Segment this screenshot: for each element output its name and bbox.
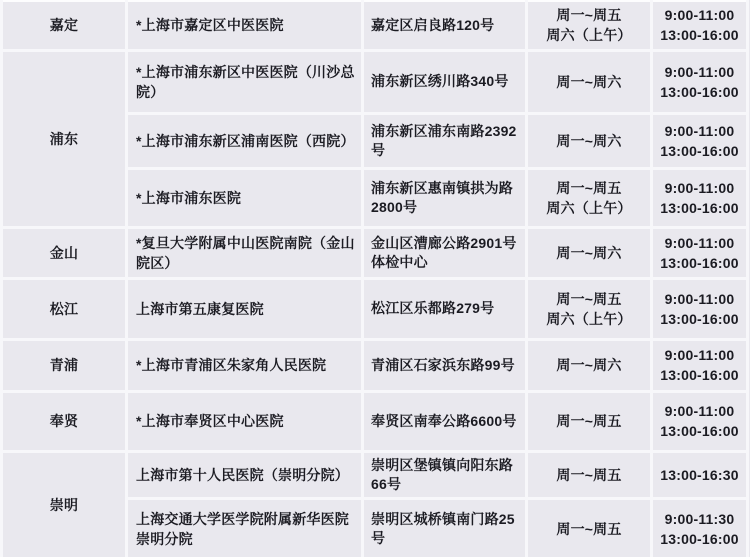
table-row: 青浦 *上海市青浦区朱家角人民医院 青浦区石家浜东路99号 周一~周六 9:00… (2, 339, 748, 391)
days-line: 周一~周六 (529, 243, 649, 263)
district-cell: 崇明 (2, 451, 127, 557)
hours-line: 13:00-16:00 (654, 529, 745, 549)
days: 周一~周六 (527, 227, 652, 278)
hours-line: 9:00-11:00 (654, 401, 745, 421)
days-line: 周一~周五 (529, 178, 649, 198)
days-line: 周六（上午） (529, 25, 649, 45)
address: 浦东新区惠南镇拱为路2800号 (363, 168, 527, 227)
district-cell: 金山 (2, 227, 127, 278)
hours-line: 13:00-16:00 (654, 309, 745, 329)
days: 周一~周五 周六（上午） (527, 1, 652, 50)
hours-line: 13:00-16:00 (654, 198, 745, 218)
hospital-name: 上海市第十人民医院（崇明分院） (127, 451, 363, 498)
hours-line: 13:00-16:00 (654, 253, 745, 273)
hours: 9:00-11:00 13:00-16:00 (652, 113, 748, 168)
days-line: 周一~周五 (529, 465, 649, 485)
hospital-schedule-page: 嘉定 *上海市嘉定区中医医院 嘉定区启良路120号 周一~周五 周六（上午） 9… (0, 0, 750, 557)
days: 周一~周六 (527, 339, 652, 391)
hours: 9:00-11:00 13:00-16:00 (652, 50, 748, 113)
hours: 9:00-11:00 13:00-16:00 (652, 227, 748, 278)
hours-line: 9:00-11:00 (654, 289, 745, 309)
hours: 9:00-11:00 13:00-16:00 (652, 168, 748, 227)
days: 周一~周五 (527, 451, 652, 498)
address: 奉贤区南奉公路6600号 (363, 391, 527, 451)
hours-line: 13:00-16:00 (654, 25, 745, 45)
table-row: 浦东 *上海市浦东新区中医医院（川沙总院） 浦东新区绣川路340号 周一~周六 … (2, 50, 748, 113)
table-row: 松江 上海市第五康复医院 松江区乐都路279号 周一~周五 周六（上午） 9:0… (2, 278, 748, 339)
hours-line: 13:00-16:00 (654, 82, 745, 102)
address: 浦东新区绣川路340号 (363, 50, 527, 113)
days-line: 周一~周六 (529, 131, 649, 151)
days: 周一~周六 (527, 50, 652, 113)
days: 周一~周五 (527, 391, 652, 451)
days-line: 周一~周五 (529, 411, 649, 431)
hours-line: 9:00-11:00 (654, 178, 745, 198)
address: 嘉定区启良路120号 (363, 1, 527, 50)
hours: 9:00-11:00 13:00-16:00 (652, 1, 748, 50)
hospital-name: *复旦大学附属中山医院南院（金山院区） (127, 227, 363, 278)
hours: 13:00-16:30 (652, 451, 748, 498)
days-line: 周一~周五 (529, 5, 649, 25)
address: 崇明区堡镇镇向阳东路66号 (363, 451, 527, 498)
hours: 9:00-11:00 13:00-16:00 (652, 391, 748, 451)
hours-line: 13:00-16:30 (654, 465, 745, 485)
hospital-name: *上海市浦东医院 (127, 168, 363, 227)
hours: 9:00-11:30 13:00-16:00 (652, 498, 748, 557)
table-row: 奉贤 *上海市奉贤区中心医院 奉贤区南奉公路6600号 周一~周五 9:00-1… (2, 391, 748, 451)
district-cell: 浦东 (2, 50, 127, 227)
days-line: 周六（上午） (529, 309, 649, 329)
address: 青浦区石家浜东路99号 (363, 339, 527, 391)
hours-line: 9:00-11:00 (654, 5, 745, 25)
hours-line: 13:00-16:00 (654, 365, 745, 385)
hospital-name: *上海市浦东新区中医医院（川沙总院） (127, 50, 363, 113)
hours: 9:00-11:00 13:00-16:00 (652, 339, 748, 391)
hours-line: 9:00-11:30 (654, 509, 745, 529)
hospital-name: 上海交通大学医学院附属新华医院崇明分院 (127, 498, 363, 557)
district-cell: 松江 (2, 278, 127, 339)
hours-line: 13:00-16:00 (654, 141, 745, 161)
hours-line: 9:00-11:00 (654, 233, 745, 253)
hours-line: 9:00-11:00 (654, 345, 745, 365)
days: 周一~周五 周六（上午） (527, 168, 652, 227)
days: 周一~周六 (527, 113, 652, 168)
days-line: 周一~周六 (529, 355, 649, 375)
hours-line: 9:00-11:00 (654, 121, 745, 141)
hospital-name: *上海市青浦区朱家角人民医院 (127, 339, 363, 391)
hospital-name: *上海市奉贤区中心医院 (127, 391, 363, 451)
hospital-name: *上海市嘉定区中医医院 (127, 1, 363, 50)
days-line: 周六（上午） (529, 198, 649, 218)
hours: 9:00-11:00 13:00-16:00 (652, 278, 748, 339)
hours-line: 13:00-16:00 (654, 421, 745, 441)
hospital-name: *上海市浦东新区浦南医院（西院） (127, 113, 363, 168)
table-row: 崇明 上海市第十人民医院（崇明分院） 崇明区堡镇镇向阳东路66号 周一~周五 1… (2, 451, 748, 498)
district-cell: 嘉定 (2, 1, 127, 50)
address: 浦东新区浦东南路2392号 (363, 113, 527, 168)
days-line: 周一~周五 (529, 519, 649, 539)
address: 松江区乐都路279号 (363, 278, 527, 339)
hours-line: 9:00-11:00 (654, 62, 745, 82)
district-cell: 青浦 (2, 339, 127, 391)
days-line: 周一~周六 (529, 72, 649, 92)
days: 周一~周五 (527, 498, 652, 557)
table-row: 金山 *复旦大学附属中山医院南院（金山院区） 金山区漕廊公路2901号体检中心 … (2, 227, 748, 278)
district-cell: 奉贤 (2, 391, 127, 451)
hospital-name: 上海市第五康复医院 (127, 278, 363, 339)
days-line: 周一~周五 (529, 289, 649, 309)
table-row: 嘉定 *上海市嘉定区中医医院 嘉定区启良路120号 周一~周五 周六（上午） 9… (2, 1, 748, 50)
address: 金山区漕廊公路2901号体检中心 (363, 227, 527, 278)
days: 周一~周五 周六（上午） (527, 278, 652, 339)
address: 崇明区城桥镇南门路25号 (363, 498, 527, 557)
hospital-schedule-table: 嘉定 *上海市嘉定区中医医院 嘉定区启良路120号 周一~周五 周六（上午） 9… (0, 0, 749, 557)
